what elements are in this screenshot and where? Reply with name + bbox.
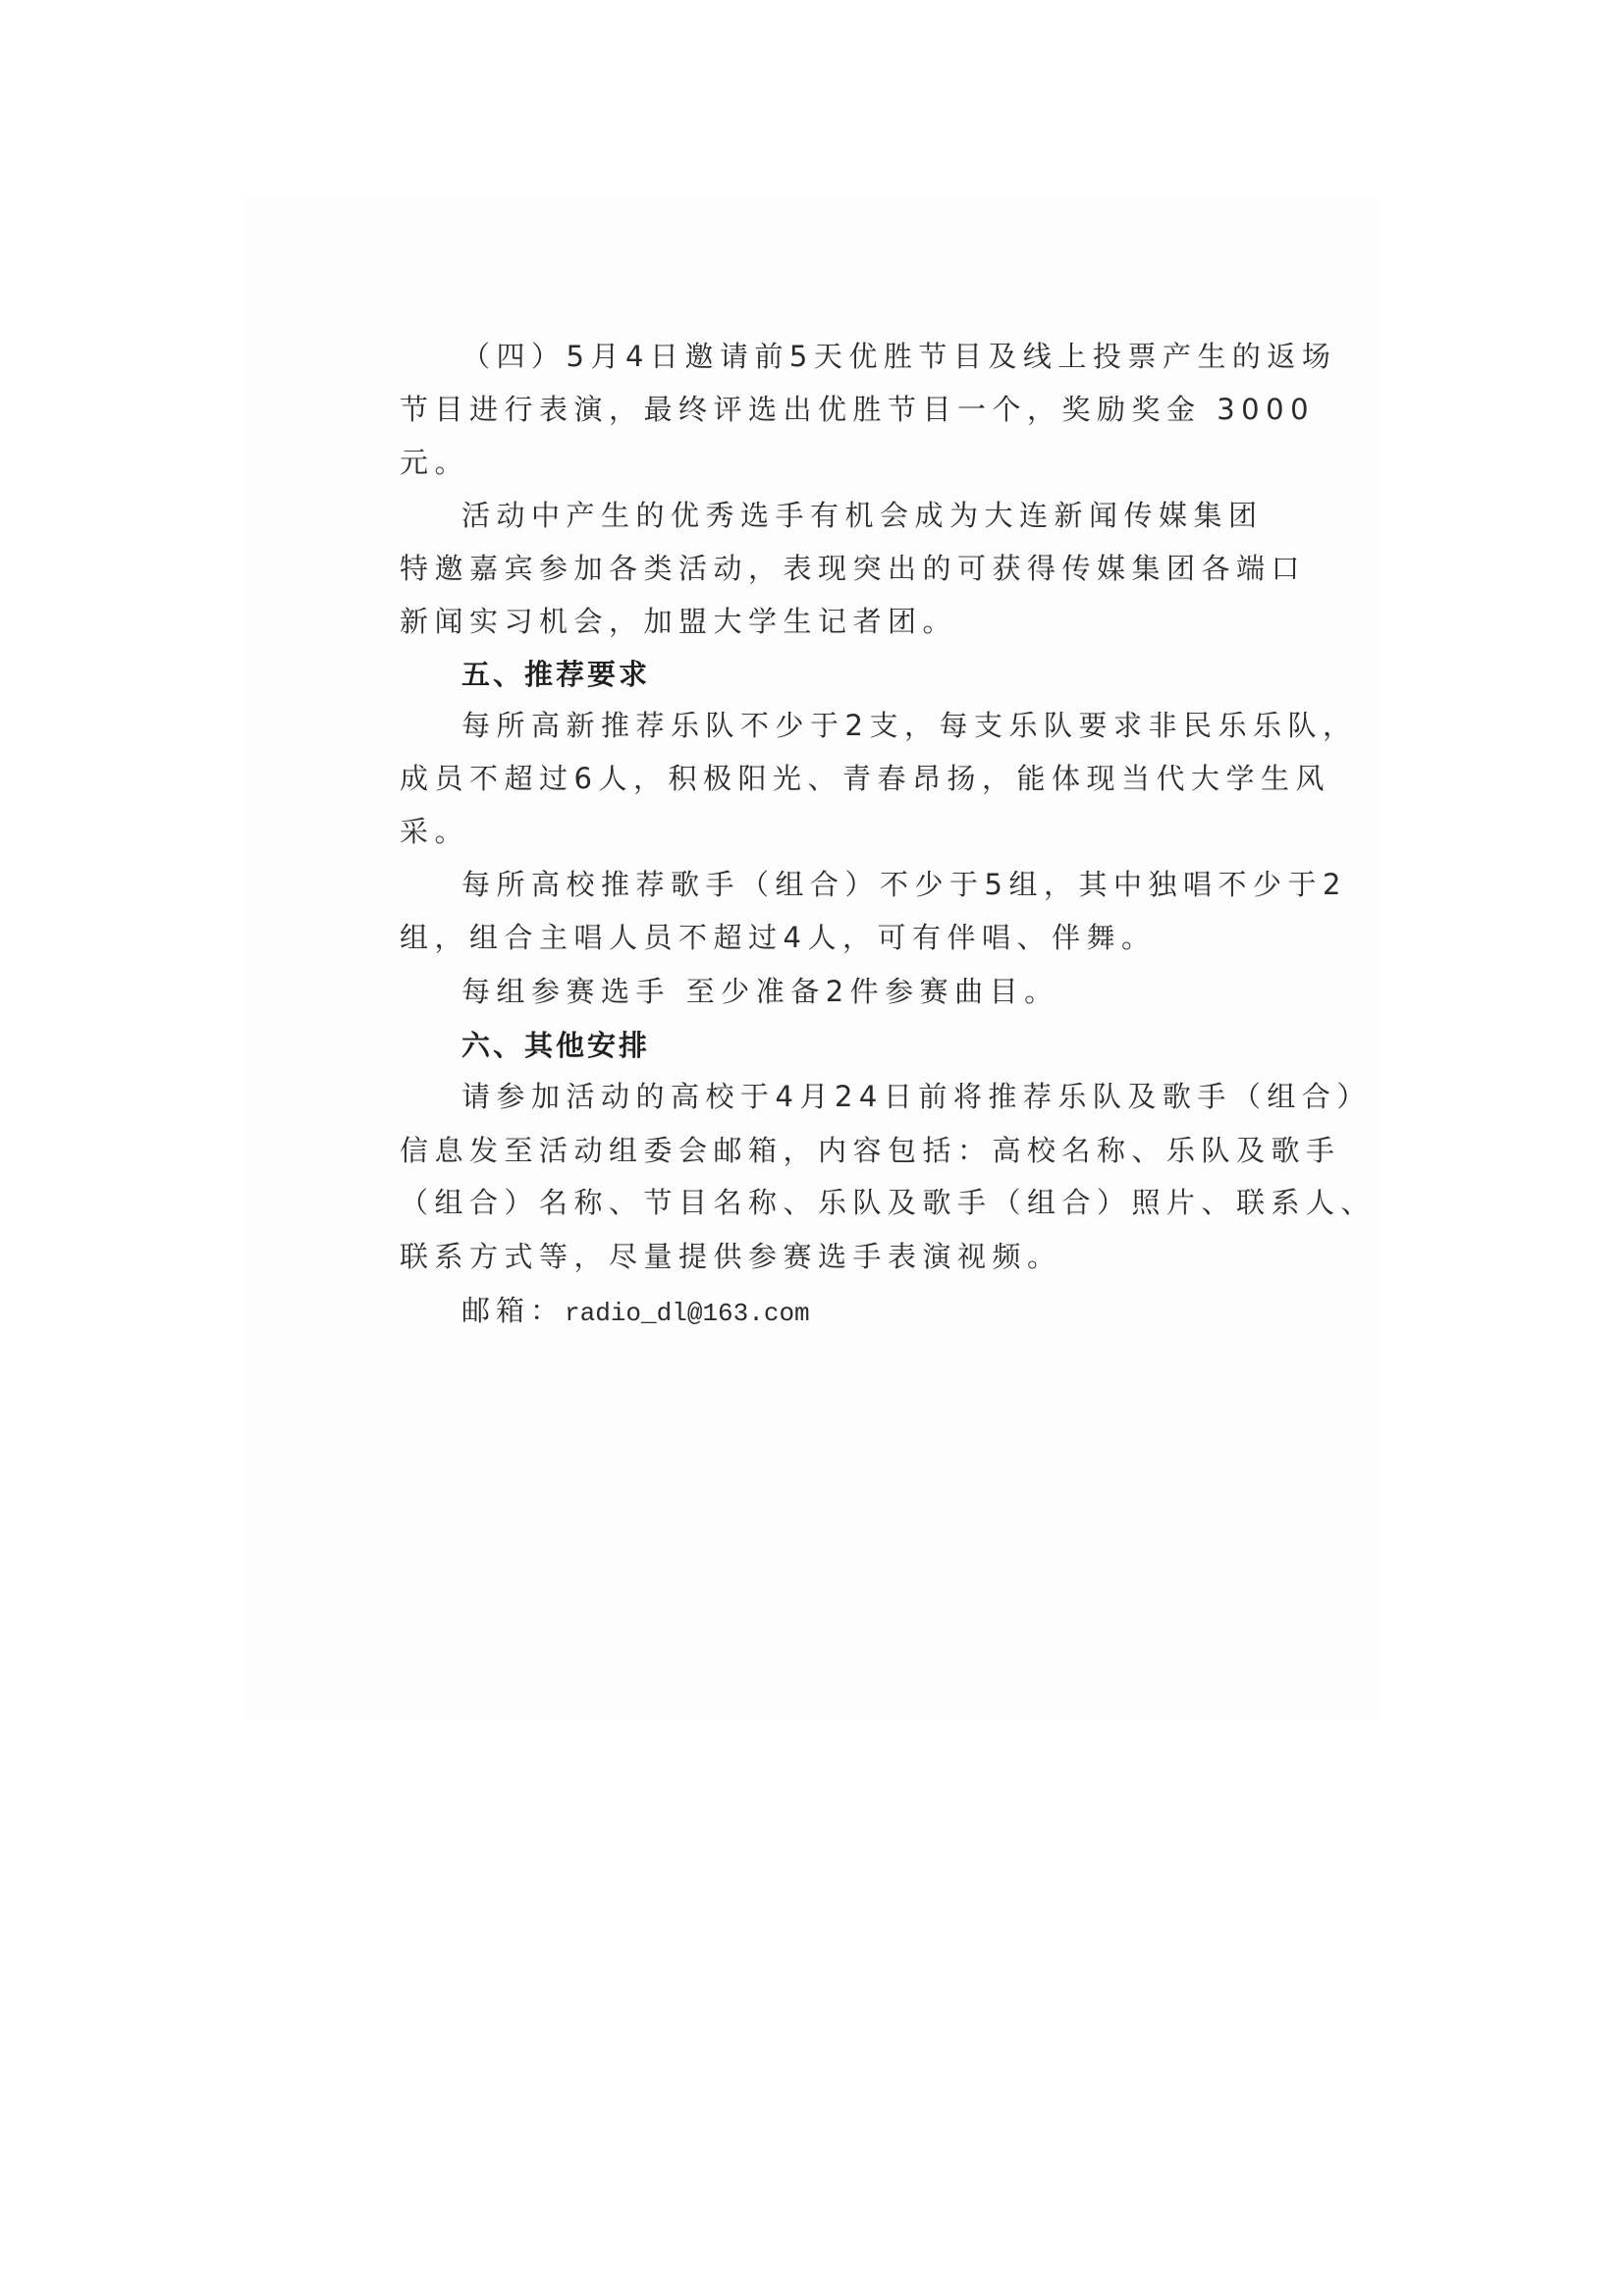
paragraph-line: 成员不超过6人，积极阳光、青春昂扬，能体现当代大学生风 <box>400 761 1283 796</box>
paragraph-line: 联系方式等，尽量提供参赛选手表演视频。 <box>400 1239 1283 1274</box>
paragraph-line: 每所高校推荐歌手（组合）不少于5组，其中独唱不少于2 <box>461 867 1345 902</box>
paragraph-line: 采。 <box>400 814 1283 849</box>
email-label: 邮箱： <box>461 1294 565 1327</box>
paragraph-line: 信息发至活动组委会邮箱，内容包括：高校名称、乐队及歌手 <box>400 1133 1283 1168</box>
paragraph-line: （组合）名称、节目名称、乐队及歌手（组合）照片、联系人、 <box>400 1185 1283 1220</box>
paragraph-line: 每所高新推荐乐队不少于2支，每支乐队要求非民乐乐队， <box>461 708 1345 743</box>
section-heading: 五、推荐要求 <box>461 657 650 692</box>
paragraph-line: 每组参赛选手 至少准备2件参赛曲目。 <box>461 974 1345 1009</box>
paragraph-line: 节目进行表演，最终评选出优胜节目一个，奖励奖金 3000 <box>400 392 1283 427</box>
email-line: 邮箱：radio_dl@163.com <box>461 1293 810 1331</box>
paragraph-line: 活动中产生的优秀选手有机会成为大连新闻传媒集团 <box>461 498 1345 533</box>
paragraph-line: 特邀嘉宾参加各类活动，表现突出的可获得传媒集团各端口 <box>400 551 1283 586</box>
paragraph-line: 新闻实习机会，加盟大学生记者团。 <box>400 604 1283 639</box>
paragraph-line: 元。 <box>400 445 1283 480</box>
paragraph-line: 组，组合主唱人员不超过4人，可有伴唱、伴舞。 <box>400 920 1283 955</box>
paragraph-line: （四）5月4日邀请前5天优胜节目及线上投票产生的返场 <box>461 339 1345 374</box>
paragraph-line: 请参加活动的高校于4月24日前将推荐乐队及歌手（组合） <box>461 1079 1345 1114</box>
section-heading: 六、其他安排 <box>461 1028 650 1063</box>
email-address: radio_dl@163.com <box>565 1299 810 1328</box>
